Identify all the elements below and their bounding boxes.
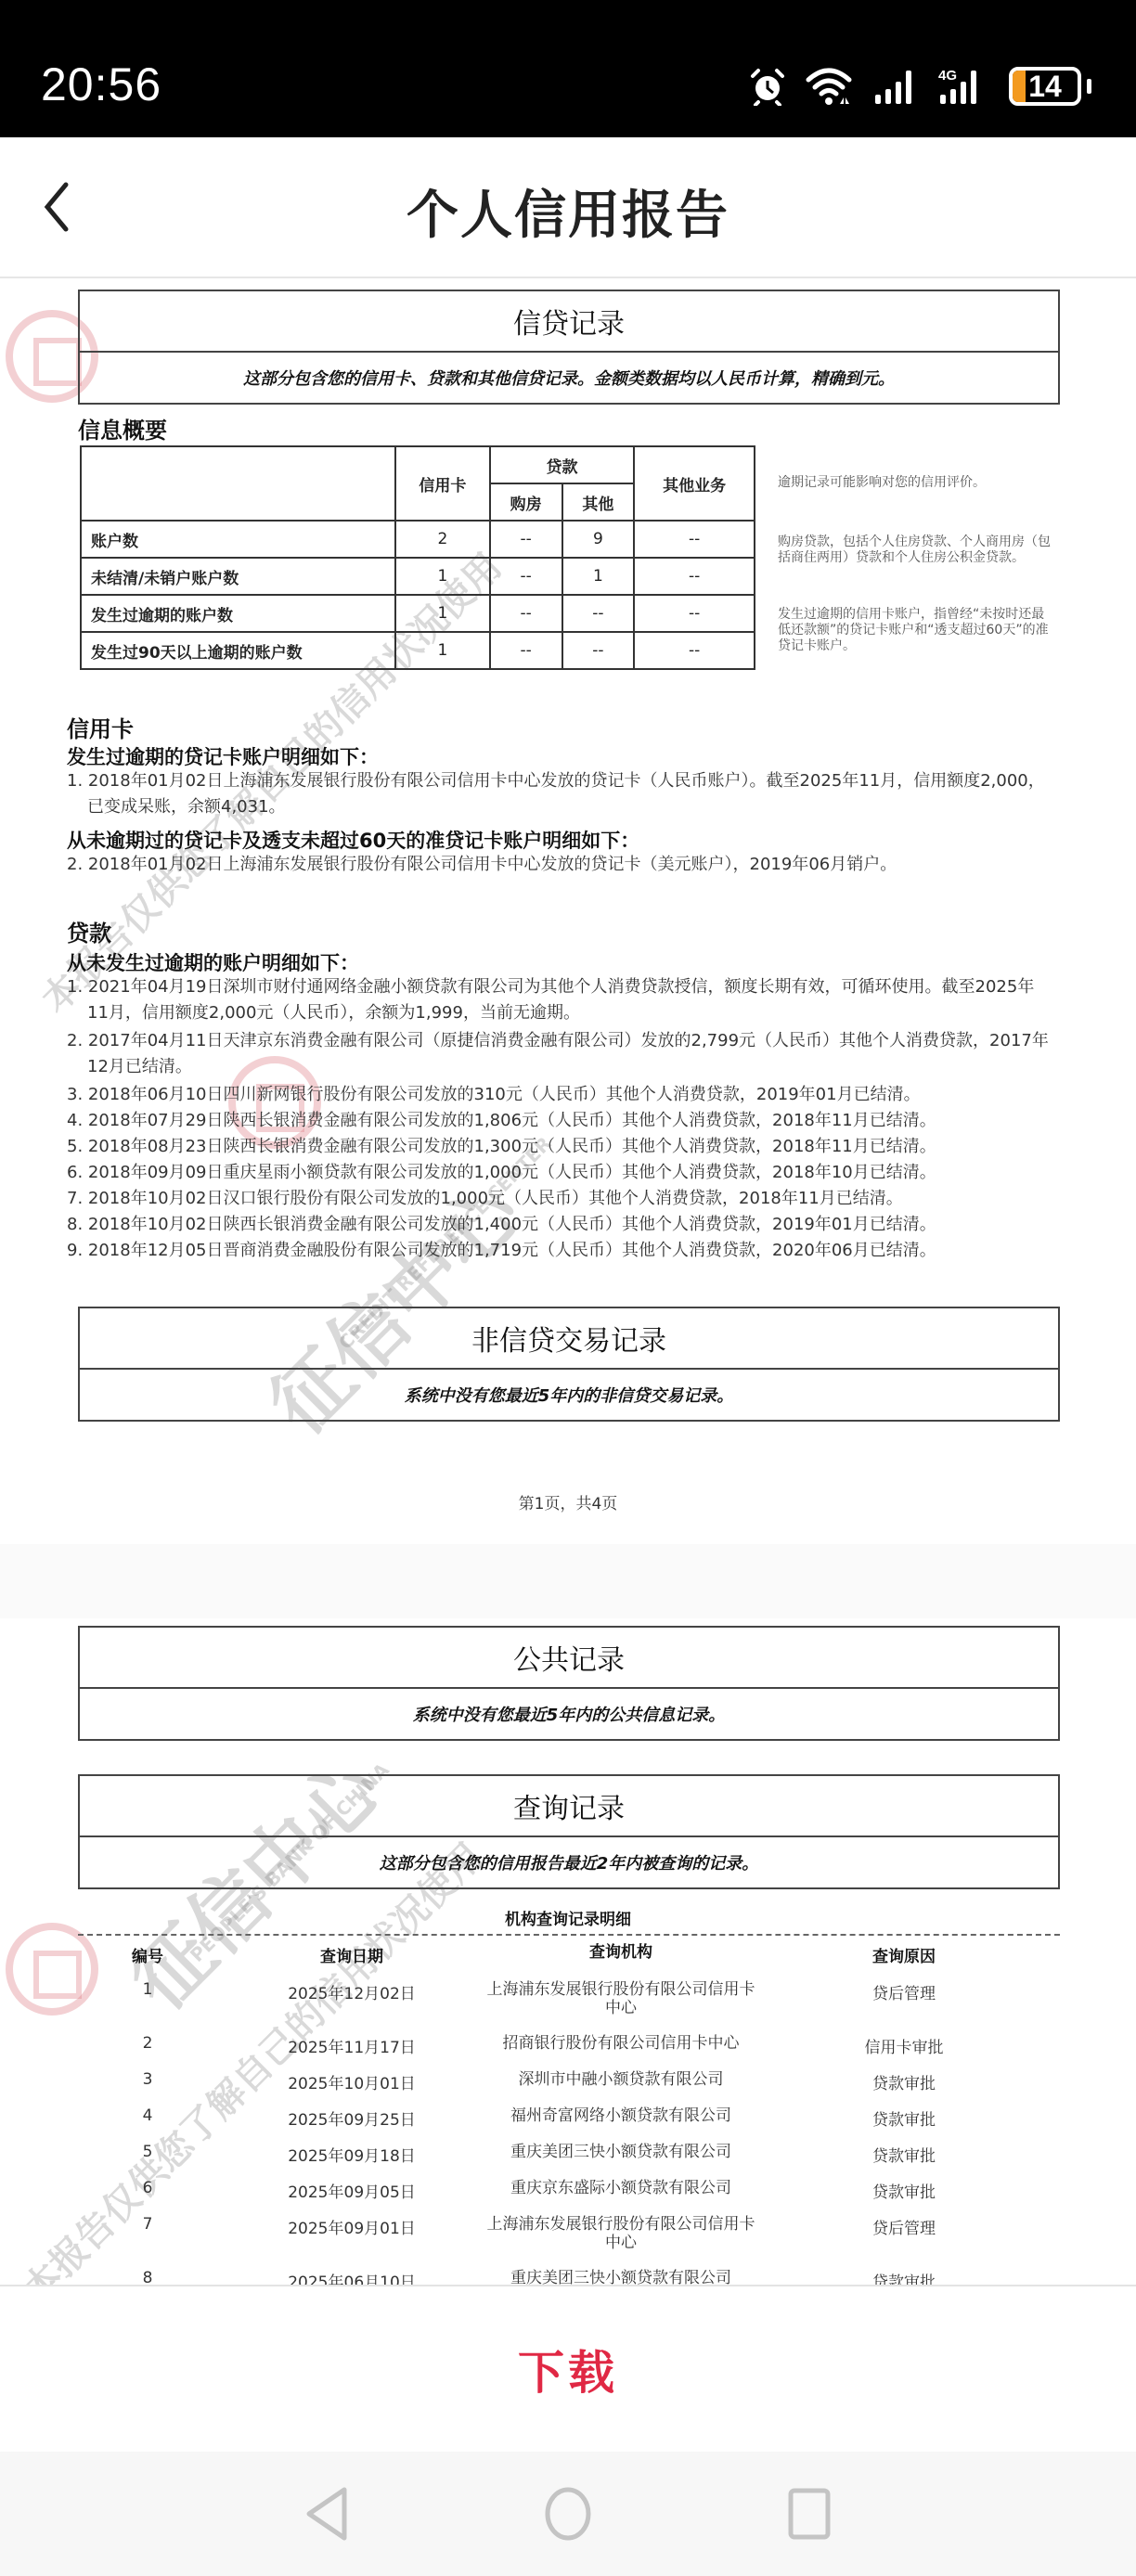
query-table-caption: 机构查询记录明细 xyxy=(0,1906,1136,1929)
system-nav-bar xyxy=(0,2452,1136,2576)
section-description: 这部分包含您的信用报告最近2年内被查询的记录。 xyxy=(80,1837,1058,1887)
table-row: 2 2025年11月17日 招商银行股份有限公司信用卡中心 信用卡审批 xyxy=(78,2034,1060,2071)
overdue-card-heading: 发生过逾期的贷记卡账户明细如下： xyxy=(67,742,379,770)
summary-title: 信息概要 xyxy=(78,412,167,444)
section-title: 查询记录 xyxy=(80,1776,1058,1837)
list-item: 3. 2018年06月10日四川新网银行股份有限公司发放的310元（人民币）其他… xyxy=(67,1082,1069,1108)
table-row: 4 2025年09月25日 福州奇富网络小额贷款有限公司 贷款审批 xyxy=(78,2106,1060,2144)
table-row: 账户数 2 -- 9 -- xyxy=(81,521,755,558)
section-title: 信贷记录 xyxy=(80,291,1058,353)
col-credit-card: 信用卡 xyxy=(395,446,490,521)
table-row: 发生过逾期的账户数 1 -- -- -- xyxy=(81,595,755,632)
list-item: 1. 2021年04月19日深圳市财付通网络金融小额贷款有限公司为其他个人消费贷… xyxy=(67,974,1069,1026)
table-row: 8 2025年06月10日 重庆美团三快小额贷款有限公司 贷款审批 xyxy=(78,2269,1060,2285)
wifi-icon xyxy=(805,67,855,106)
list-item: 1. 2018年01月02日上海浦东发展银行股份有限公司信用卡中心发放的贷记卡（… xyxy=(67,768,1069,820)
table-row: 5 2025年09月18日 重庆美团三快小额贷款有限公司 贷款审批 xyxy=(78,2143,1060,2180)
section-title: 公共记录 xyxy=(80,1628,1058,1689)
battery-fill xyxy=(1013,71,1026,102)
table-row: 1 2025年12月02日 上海浦东发展银行股份有限公司信用卡中心 贷后管理 xyxy=(78,1980,1060,2017)
query-records-section: 查询记录 这部分包含您的信用报告最近2年内被查询的记录。 xyxy=(78,1774,1060,1889)
page-indicator: 第1页，共4页 xyxy=(0,1490,1136,1513)
list-item: 9. 2018年12月05日晋商消费金融股份有限公司发放的1,719元（人民币）… xyxy=(67,1238,1069,1264)
query-table-header: 编号 查询日期 查询机构 查询原因 xyxy=(78,1943,1060,1980)
list-item: 4. 2018年07月29日陕西长银消费金融有限公司发放的1,806元（人民币）… xyxy=(67,1108,1069,1134)
note-overdue-card: 发生过逾期的信用卡账户，指曾经“未按时还最低还款额”的贷记卡账户和“透支超过60… xyxy=(778,607,1056,654)
section-title: 非信贷交易记录 xyxy=(80,1308,1058,1370)
note-overdue: 逾期记录可能影响对您的信用评价。 xyxy=(778,475,1056,491)
section-description: 这部分包含您的信用卡、贷款和其他信贷记录。金额类数据均以人民币计算，精确到元。 xyxy=(80,353,1058,403)
list-item: 2. 2017年04月11日天津京东消费金融有限公司（原捷信消费金融有限公司）发… xyxy=(67,1028,1069,1080)
status-icons: 4G 14 xyxy=(749,65,1091,108)
nav-home-button[interactable] xyxy=(536,2481,600,2546)
col-loan-housing: 购房 xyxy=(490,483,562,521)
4g-signal-icon: 4G xyxy=(938,67,990,106)
battery-level: 14 xyxy=(1028,70,1062,104)
section-description: 系统中没有您最近5年内的非信贷交易记录。 xyxy=(80,1370,1058,1420)
nav-back-button[interactable] xyxy=(294,2481,359,2546)
list-item: 8. 2018年10月02日陕西长银消费金融有限公司发放的1,400元（人民币）… xyxy=(67,1212,1069,1238)
download-bar: 下载 xyxy=(0,2285,1136,2452)
report-document[interactable]: 本报告仅供您了解自己的信用状况使用 征信中心 CREDIT REFERENCE … xyxy=(0,280,1136,2285)
col-other-business: 其他业务 xyxy=(634,446,755,521)
status-bar: 20:56 4G 14 xyxy=(0,0,1136,137)
table-row: 6 2025年09月05日 重庆京东盛际小额贷款有限公司 贷款审批 xyxy=(78,2179,1060,2216)
list-item: 2. 2018年01月02日上海浦东发展银行股份有限公司信用卡中心发放的贷记卡（… xyxy=(67,852,1069,878)
status-time: 20:56 xyxy=(41,58,161,111)
table-row: 7 2025年09月01日 上海浦东发展银行股份有限公司信用卡中心 贷后管理 xyxy=(78,2215,1060,2252)
svg-text:4G: 4G xyxy=(938,68,957,84)
list-item: 7. 2018年10月02日汉口银行股份有限公司发放的1,000元（人民币）其他… xyxy=(67,1186,1069,1212)
non-credit-records-section: 非信贷交易记录 系统中没有您最近5年内的非信贷交易记录。 xyxy=(78,1307,1060,1422)
app-header: 个人信用报告 xyxy=(0,137,1136,278)
page-separator xyxy=(0,1544,1136,1618)
col-loan-other: 其他 xyxy=(562,483,635,521)
col-loan: 贷款 xyxy=(490,446,635,483)
public-records-section: 公共记录 系统中没有您最近5年内的公共信息记录。 xyxy=(78,1626,1060,1741)
download-button[interactable]: 下载 xyxy=(518,2336,618,2402)
page-title: 个人信用报告 xyxy=(0,174,1136,249)
battery-icon: 14 xyxy=(1009,67,1081,106)
table-row: 未结清/未销户账户数 1 -- 1 -- xyxy=(81,558,755,595)
list-item: 5. 2018年08月23日陕西长银消费金融有限公司发放的1,300元（人民币）… xyxy=(67,1134,1069,1160)
home-circle-icon xyxy=(540,2486,596,2542)
credit-card-title: 信用卡 xyxy=(67,711,134,743)
dashed-divider xyxy=(78,1934,1060,1936)
battery-tip xyxy=(1087,79,1091,94)
loan-heading: 从未发生过逾期的账户明细如下： xyxy=(67,948,359,976)
credit-records-section: 信贷记录 这部分包含您的信用卡、贷款和其他信贷记录。金额类数据均以人民币计算，精… xyxy=(78,290,1060,405)
note-housing-loan: 购房贷款，包括个人住房贷款、个人商用房（包括商住两用）贷款和个人住房公积金贷款。 xyxy=(778,535,1056,566)
summary-table: 信用卡 贷款 其他业务 购房 其他 账户数 2 -- 9 -- 未结清/未销户账… xyxy=(80,445,755,670)
back-triangle-icon xyxy=(303,2486,350,2542)
loan-title: 贷款 xyxy=(67,915,111,947)
alarm-icon xyxy=(749,67,786,106)
signal-icon xyxy=(873,67,920,106)
recents-square-icon xyxy=(786,2486,833,2542)
table-row: 发生过90天以上逾期的账户数 1 -- -- -- xyxy=(81,632,755,669)
nav-recents-button[interactable] xyxy=(777,2481,842,2546)
table-row: 3 2025年10月01日 深圳市中融小额贷款有限公司 贷款审批 xyxy=(78,2070,1060,2107)
section-description: 系统中没有您最近5年内的公共信息记录。 xyxy=(80,1689,1058,1739)
list-item: 6. 2018年09月09日重庆星雨小额贷款有限公司发放的1,000元（人民币）… xyxy=(67,1160,1069,1186)
normal-card-heading: 从未逾期过的贷记卡及透支未超过60天的准贷记卡账户明细如下： xyxy=(67,826,639,854)
